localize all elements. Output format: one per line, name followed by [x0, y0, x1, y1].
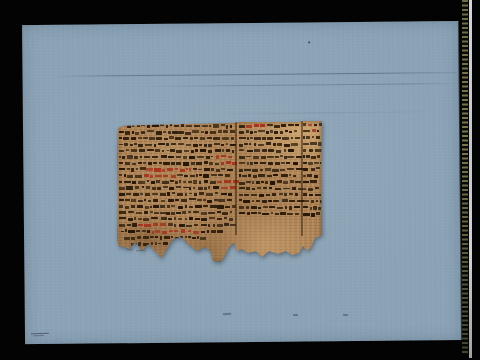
- hieratic-text-line: [239, 142, 299, 146]
- hieratic-text-line: [303, 212, 321, 216]
- hieratic-text-line: [119, 149, 233, 153]
- hieratic-text-line: [303, 142, 320, 146]
- hieratic-text-line: [131, 242, 188, 246]
- photograph: [0, 0, 480, 360]
- hieratic-text-line: [239, 130, 299, 134]
- hieratic-text-line: [239, 124, 297, 128]
- mount-crease-line: [143, 83, 457, 87]
- hieratic-text-line: [239, 168, 299, 172]
- hieratic-text-line: [239, 180, 297, 184]
- hieratic-text-line: [119, 174, 231, 178]
- hieratic-text-line: [119, 205, 234, 209]
- hieratic-text-line: [239, 161, 296, 165]
- hieratic-text-line: [119, 143, 231, 147]
- hieratic-text-layer: [117, 121, 322, 262]
- hieratic-text-line: [239, 193, 300, 197]
- hieratic-text-line: [303, 167, 321, 171]
- hieratic-text-line: [303, 148, 321, 152]
- pencil-mark: [343, 314, 348, 316]
- column-seam: [235, 122, 237, 235]
- hieratic-text-line: [119, 211, 233, 215]
- scale-bar-ticks: [462, 0, 468, 354]
- hieratic-text-line: [303, 161, 322, 165]
- hieratic-text-line: [119, 198, 232, 202]
- hieratic-text-line: [239, 155, 300, 159]
- scale-bar: [460, 0, 474, 360]
- hieratic-text-line: [239, 212, 299, 216]
- hieratic-text-line: [239, 187, 299, 191]
- hieratic-text-line: [119, 155, 233, 159]
- column-seam: [301, 121, 303, 236]
- hieratic-text-line: [303, 180, 319, 184]
- hieratic-text-line: [119, 167, 235, 171]
- hieratic-text-line: [119, 180, 234, 184]
- hieratic-text-line: [303, 193, 321, 197]
- hieratic-text-line: [303, 206, 323, 210]
- hieratic-text-line: [239, 205, 299, 209]
- hieratic-text-line: [303, 135, 321, 139]
- hieratic-text-line: [303, 199, 323, 203]
- hieratic-text-line: [239, 136, 298, 140]
- hieratic-text-line: [119, 192, 234, 196]
- hieratic-text-line: [119, 186, 232, 190]
- hieratic-text-line: [239, 199, 300, 203]
- hieratic-text-line: [124, 236, 206, 240]
- inventory-mark: [31, 333, 55, 340]
- hieratic-text-line: [119, 130, 232, 134]
- pencil-mark: [126, 249, 133, 250]
- hieratic-text-line: [239, 149, 297, 153]
- papyrus-fragment: [117, 121, 322, 262]
- mount-crease-line: [213, 111, 457, 114]
- hieratic-text-line: [119, 223, 232, 227]
- hieratic-text-line: [121, 229, 224, 233]
- hieratic-text-line: [119, 217, 233, 221]
- pencil-mark: [136, 249, 145, 251]
- hieratic-text-line: [119, 124, 234, 128]
- hieratic-text-line: [303, 155, 322, 159]
- dust-speck: [308, 41, 310, 43]
- mount-crease-line: [53, 72, 457, 77]
- hieratic-text-line: [239, 174, 298, 178]
- hieratic-text-line: [119, 136, 234, 140]
- pencil-mark: [223, 313, 231, 315]
- hieratic-text-line: [303, 129, 320, 133]
- scale-bar-strip: [469, 0, 472, 358]
- pencil-mark: [293, 314, 298, 316]
- hieratic-text-line: [119, 161, 235, 165]
- hieratic-text-line: [303, 174, 320, 178]
- papyrus-wrapper: [117, 121, 322, 262]
- hieratic-text-line: [303, 187, 321, 191]
- hieratic-text-line: [303, 123, 321, 127]
